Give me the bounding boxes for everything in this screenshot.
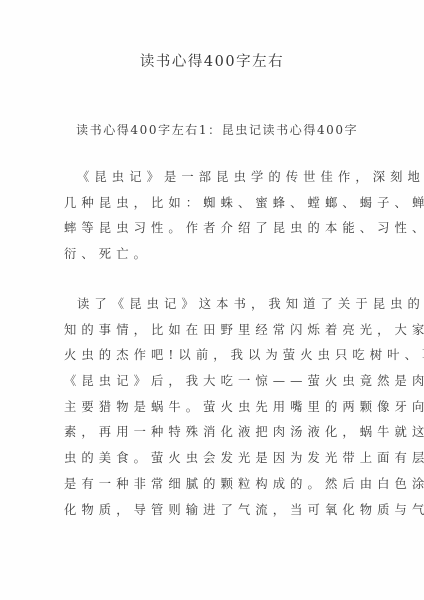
text-line: 读了《昆虫记》这本书，我知道了关于昆虫的很多不为人: [64, 292, 364, 318]
text-line: 《昆虫记》后，我大吃一惊——萤火虫竟然是肉食性动物，: [64, 369, 364, 395]
text-line: 衍、死亡。: [64, 242, 364, 268]
document-page: 读书心得400字左右 读书心得400字左右1：昆虫记读书心得400字 《昆虫记》…: [0, 0, 424, 600]
section-heading: 读书心得400字左右1：昆虫记读书心得400字: [76, 121, 358, 138]
text-line: 火虫的杰作吧!以前，我以为萤火虫只吃树叶、草，读了: [64, 343, 364, 369]
text-line: 虫的美食。萤火虫会发光是因为发光带上面有层白色涂层，: [64, 446, 364, 472]
text-line: 主要猎物是蜗牛。萤火虫先用嘴里的两颗像牙向蜗牛注射毒: [64, 395, 364, 421]
paragraph-2: 读了《昆虫记》这本书，我知道了关于昆虫的很多不为人 知的事情，比如在田野里经常闪…: [64, 292, 364, 523]
text-line: 化物质，导管则输进了气流，当可氧化物质与气流相遇，变: [64, 498, 364, 524]
page-title: 读书心得400字左右: [0, 50, 424, 71]
text-line: 知的事情，比如在田野里经常闪烁着亮光，大家都知道是萤: [64, 318, 364, 344]
text-line: 蟀等昆虫习性。作者介绍了昆虫的本能、习性、婚恋、繁: [64, 216, 364, 242]
text-line: 素，再用一种特殊消化液把肉汤液化，蜗牛就这样成了萤火: [64, 420, 364, 446]
text-line: 《昆虫记》是一部昆虫学的传世佳作，深刻地描绘一种或: [64, 165, 364, 191]
paragraph-1: 《昆虫记》是一部昆虫学的传世佳作，深刻地描绘一种或 几种昆虫，比如：蜘蛛、蜜蜂、…: [64, 165, 364, 268]
text-line: 几种昆虫，比如：蜘蛛、蜜蜂、螳螂、蝎子、蝉、甲虫、蟋: [64, 191, 364, 217]
text-line: 是有一种非常细腻的颗粒构成的。然后由白色涂层供了可氧: [64, 472, 364, 498]
